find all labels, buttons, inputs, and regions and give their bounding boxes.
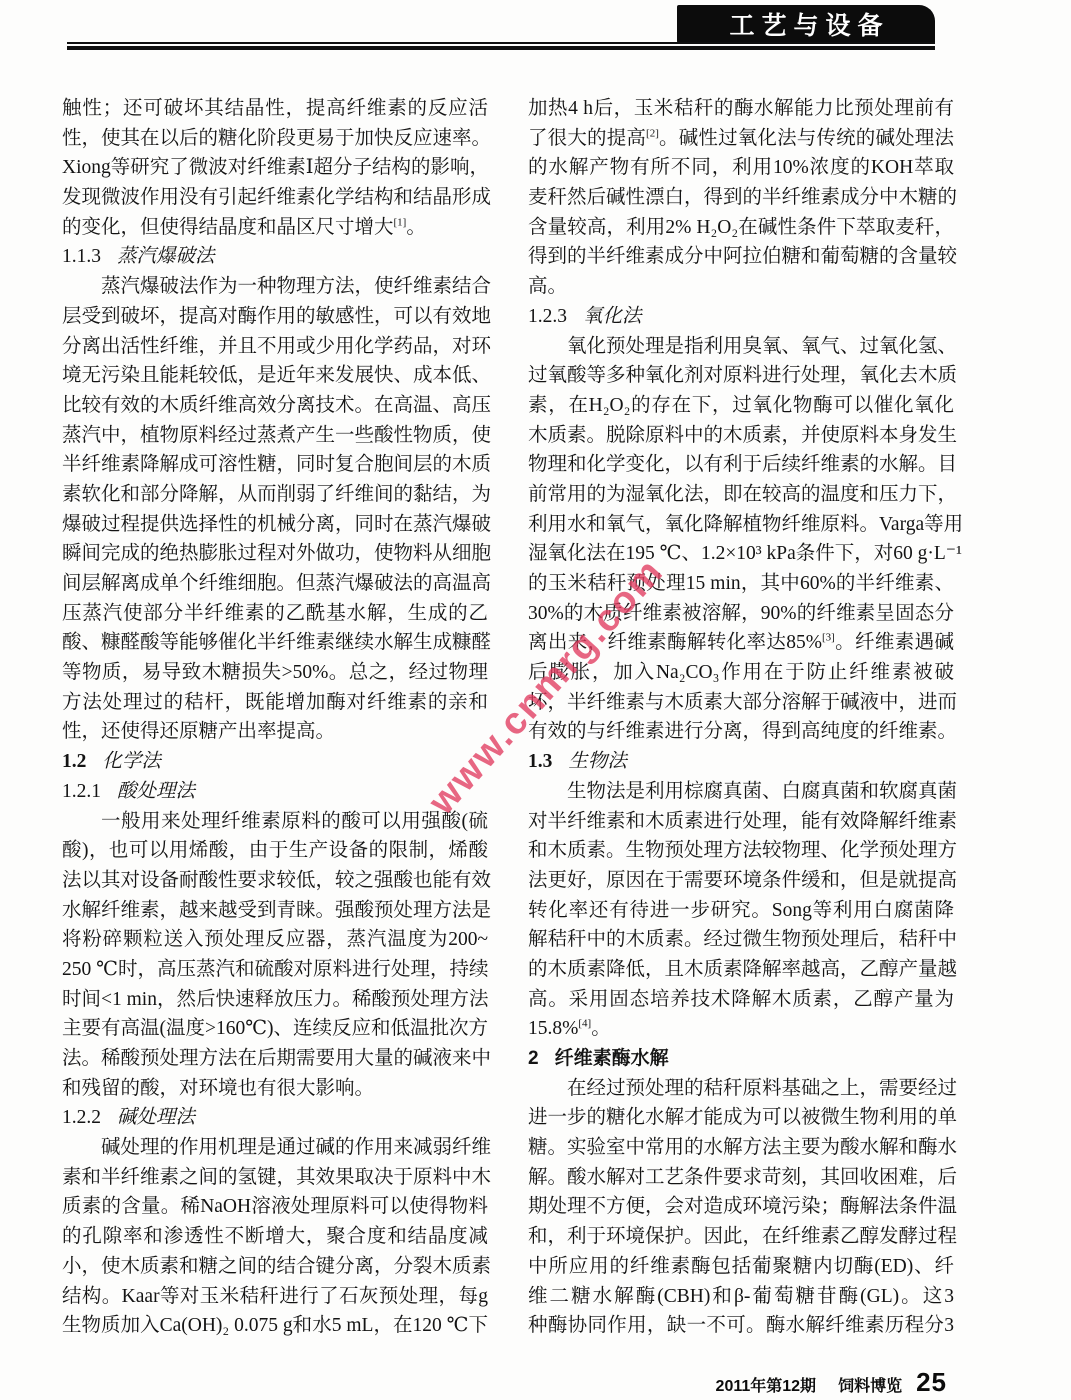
- footer-journal-name: 饲料博览: [838, 1373, 902, 1396]
- text-line: 了很大的提高[2]。碱性过氧化法与传统的碱处理法: [528, 124, 954, 154]
- text-line: 解秸秆中的木质素。经过微生物预处理后，秸秆中: [528, 925, 954, 955]
- section-header-label: 工艺与设备: [722, 6, 889, 42]
- section-heading: 2纤维素酶水解: [528, 1044, 954, 1074]
- footer-page-number: 25: [916, 1367, 947, 1398]
- text-line: 结构。Kaar等对玉米秸秆进行了石灰预处理，每g: [62, 1282, 488, 1312]
- heading-label: 化学法: [102, 751, 161, 772]
- heading-number: 1.2.1: [62, 781, 101, 802]
- header-rule-thin: [67, 42, 935, 44]
- section-heading: 1.2化学法: [62, 747, 488, 777]
- text-line: 离出来，纤维素酶解转化率达85%[3]。纤维素遇碱: [528, 628, 954, 658]
- text-line: 含量较高，利用2% H₂O₂在碱性条件下萃取麦秆，: [528, 213, 954, 243]
- text-line: 在经过预处理的秸秆原料基础之上，需要经过: [528, 1074, 954, 1104]
- text-line: 半纤维素降解成可溶性糖，同时复合胞间层的木质: [62, 450, 488, 480]
- article-column-left: 触性；还可破坏其结晶性，提高纤维素的反应活性，使其在以后的糖化阶段更易于加快反应…: [62, 94, 488, 1341]
- text-line: 素软化和部分降解，从而削弱了纤维间的黏结，为: [62, 480, 488, 510]
- heading-label: 氧化法: [583, 306, 642, 327]
- section-header-tab: 工艺与设备: [677, 5, 935, 43]
- section-heading: 1.2.2碱处理法: [62, 1103, 488, 1133]
- header-rule-thick: [67, 46, 935, 50]
- text-line: 主要有高温(温度>160℃)、连续反应和低温批次方: [62, 1014, 488, 1044]
- text-line: 湿氧化法在195 ℃、1.2×10³ kPa条件下，对60 g·L⁻¹: [528, 539, 954, 569]
- heading-number: 2: [528, 1048, 539, 1069]
- text-line: 加热4 h后，玉米秸秆的酶水解能力比预处理前有: [528, 94, 954, 124]
- text-line: 和残留的酸，对环境也有很大影响。: [62, 1074, 488, 1104]
- header-rule: [67, 42, 935, 50]
- reference-marker: [1]: [394, 216, 407, 228]
- heading-number: 1.1.3: [62, 246, 101, 267]
- heading-number: 1.2: [62, 751, 86, 772]
- text-line: 期处理不方便，会对造成环境污染；酶解法条件温: [528, 1192, 954, 1222]
- reference-marker: [4]: [578, 1018, 591, 1030]
- text-line: 转化率还有待进一步研究。Song等利用白腐菌降: [528, 896, 954, 926]
- text-line: 碱处理的作用机理是通过碱的作用来减弱纤维: [62, 1133, 488, 1163]
- text-line: 后膨胀，加入Na₂CO₃作用在于防止纤维素被破: [528, 658, 954, 688]
- text-line: 法更好，原因在于需要环境条件缓和，但是就提高: [528, 866, 954, 896]
- text-line: 坏，半纤维素与木质素大部分溶解于碱液中，进而: [528, 688, 954, 718]
- text-line: 触性；还可破坏其结晶性，提高纤维素的反应活: [62, 94, 488, 124]
- text-line: 的木质素降低，且木质素降解率越高，乙醇产量越: [528, 955, 954, 985]
- text-line: 小，使木质素和糖之间的结合键分离，分裂木质素: [62, 1252, 488, 1282]
- text-line: 有效的与纤维素进行分离，得到高纯度的纤维素。: [528, 717, 954, 747]
- heading-number: 1.3: [528, 751, 552, 772]
- text-line: 蒸汽爆破法作为一种物理方法，使纤维素结合: [62, 272, 488, 302]
- text-line: 瞬间完成的绝热膨胀过程对外做功，使物料从细胞: [62, 539, 488, 569]
- heading-label: 生物法: [568, 751, 627, 772]
- text-line: 和，利于环境保护。因此，在纤维素乙醇发酵过程: [528, 1222, 954, 1252]
- text-line: 得到的半纤维素成分中阿拉伯糖和葡萄糖的含量较: [528, 242, 954, 272]
- text-line: 爆破过程提供选择性的机械分离，同时在蒸汽爆破: [62, 510, 488, 540]
- text-line: 糖。实验室中常用的水解方法主要为酸水解和酶水: [528, 1133, 954, 1163]
- text-line: 过氧酸等多种氧化剂对原料进行处理，氧化去木质: [528, 361, 954, 391]
- text-line: 麦秆然后碱性漂白，得到的半纤维素成分中木糖的: [528, 183, 954, 213]
- page-footer: 2011年第12期 饲料博览 25: [716, 1367, 947, 1398]
- text-line: 高。采用固态培养技术降解木质素，乙醇产量为: [528, 985, 954, 1015]
- section-heading: 1.2.1酸处理法: [62, 777, 488, 807]
- text-line: 酸、糠醛酸等能够催化半纤维素继续水解生成糠醛: [62, 628, 488, 658]
- text-line: 时间<1 min，然后快速释放压力。稀酸预处理方法: [62, 985, 488, 1015]
- heading-label: 纤维素酶水解: [555, 1048, 669, 1069]
- heading-number: 1.2.2: [62, 1107, 101, 1128]
- text-line: 比较有效的木质纤维高效分离技术。在高温、高压: [62, 391, 488, 421]
- heading-label: 蒸汽爆破法: [117, 246, 215, 267]
- text-line: 酸)，也可以用烯酸，由于生产设备的限制，烯酸: [62, 836, 488, 866]
- text-line: 境无污染且能耗较低，是近年来发展快、成本低、: [62, 361, 488, 391]
- text-line: 解。酸水解对工艺条件要求苛刻，其回收困难，后: [528, 1163, 954, 1193]
- text-line: 层受到破坏，提高对酶作用的敏感性，可以有效地: [62, 302, 488, 332]
- text-line: 对半纤维素和木质素进行处理，能有效降解纤维素: [528, 807, 954, 837]
- text-line: 氧化预处理是指利用臭氧、氧气、过氧化氢、: [528, 332, 954, 362]
- text-line: 素，在H₂O₂的存在下，过氧化物酶可以催化氧化: [528, 391, 954, 421]
- text-line: Xiong等研究了微波对纤维素Ⅰ超分子结构的影响，: [62, 153, 488, 183]
- heading-number: 1.2.3: [528, 306, 567, 327]
- text-line: 间层解离成单个纤维细胞。但蒸汽爆破法的高温高: [62, 569, 488, 599]
- heading-label: 碱处理法: [117, 1107, 195, 1128]
- text-line: 的变化，但使得结晶度和晶区尺寸增大[1]。: [62, 213, 488, 243]
- section-heading: 1.3生物法: [528, 747, 954, 777]
- reference-marker: [2]: [646, 127, 659, 139]
- text-line: 的水解产物有所不同，利用10%浓度的KOH萃取: [528, 153, 954, 183]
- text-line: 方法处理过的秸杆，既能增加酶对纤维素的亲和: [62, 688, 488, 718]
- text-line: 等物质，易导致木糖损失>50%。总之，经过物理: [62, 658, 488, 688]
- text-line: 30%的木质纤维素被溶解，90%的纤维素呈固态分: [528, 599, 954, 629]
- text-line: 和木质素。生物预处理方法较物理、化学预处理方: [528, 836, 954, 866]
- heading-label: 酸处理法: [117, 781, 195, 802]
- text-line: 蒸汽中，植物原料经过蒸煮产生一些酸性物质，使: [62, 421, 488, 451]
- text-line: 250 ℃时，高压蒸汽和硫酸对原料进行处理，持续: [62, 955, 488, 985]
- text-line: 性，还使得还原糖产出率提高。: [62, 717, 488, 747]
- text-line: 水解纤维素，越来越受到青睐。强酸预处理方法是: [62, 896, 488, 926]
- text-line: 生物法是利用棕腐真菌、白腐真菌和软腐真菌: [528, 777, 954, 807]
- text-line: 木质素。脱除原料中的木质素，并使原料本身发生: [528, 421, 954, 451]
- text-line: 素和半纤维素之间的氢键，其效果取决于原料中木: [62, 1163, 488, 1193]
- text-line: 将粉碎颗粒送入预处理反应器，蒸汽温度为200~: [62, 925, 488, 955]
- article-column-right: 加热4 h后，玉米秸秆的酶水解能力比预处理前有了很大的提高[2]。碱性过氧化法与…: [528, 94, 954, 1341]
- text-line: 维二糖水解酶(CBH)和β-葡萄糖苷酶(GL)。这3: [528, 1282, 954, 1312]
- text-line: 进一步的糖化水解才能成为可以被微生物利用的单: [528, 1103, 954, 1133]
- text-line: 的玉米秸秆预处理15 min，其中60%的半纤维素、: [528, 569, 954, 599]
- text-line: 压蒸汽使部分半纤维素的乙酰基水解，生成的乙: [62, 599, 488, 629]
- text-line: 一般用来处理纤维素原料的酸可以用强酸(硫: [62, 807, 488, 837]
- text-line: 种酶协同作用，缺一不可。酶水解纤维素历程分3: [528, 1311, 954, 1341]
- footer-issue: 2011年第12期: [716, 1373, 817, 1396]
- text-line: 发现微波作用没有引起纤维素化学结构和结晶形成: [62, 183, 488, 213]
- text-line: 物理和化学变化，以有利于后续纤维素的水解。目: [528, 450, 954, 480]
- text-line: 法以其对设备耐酸性要求较低，较之强酸也能有效: [62, 866, 488, 896]
- text-line: 高。: [528, 272, 954, 302]
- reference-marker: [3]: [822, 632, 835, 644]
- text-line: 前常用的为湿氧化法，即在较高的温度和压力下，: [528, 480, 954, 510]
- text-line: 法。稀酸预处理方法在后期需要用大量的碱液来中: [62, 1044, 488, 1074]
- text-line: 的孔隙率和渗透性不断增大，聚合度和结晶度减: [62, 1222, 488, 1252]
- text-line: 生物质加入Ca(OH)₂ 0.075 g和水5 mL，在120 ℃下: [62, 1311, 488, 1341]
- section-heading: 1.2.3氧化法: [528, 302, 954, 332]
- text-line: 质素的含量。稀NaOH溶液处理原料可以使得物料: [62, 1192, 488, 1222]
- text-line: 性，使其在以后的糖化阶段更易于加快反应速率。: [62, 124, 488, 154]
- section-heading: 1.1.3蒸汽爆破法: [62, 242, 488, 272]
- text-line: 15.8%[4]。: [528, 1014, 954, 1044]
- text-line: 中所应用的纤维素酶包括葡聚糖内切酶(ED)、纤: [528, 1252, 954, 1282]
- text-line: 利用水和氧气，氧化降解植物纤维原料。Varga等用: [528, 510, 954, 540]
- text-line: 分离出活性纤维，并且不用或少用化学药品，对环: [62, 332, 488, 362]
